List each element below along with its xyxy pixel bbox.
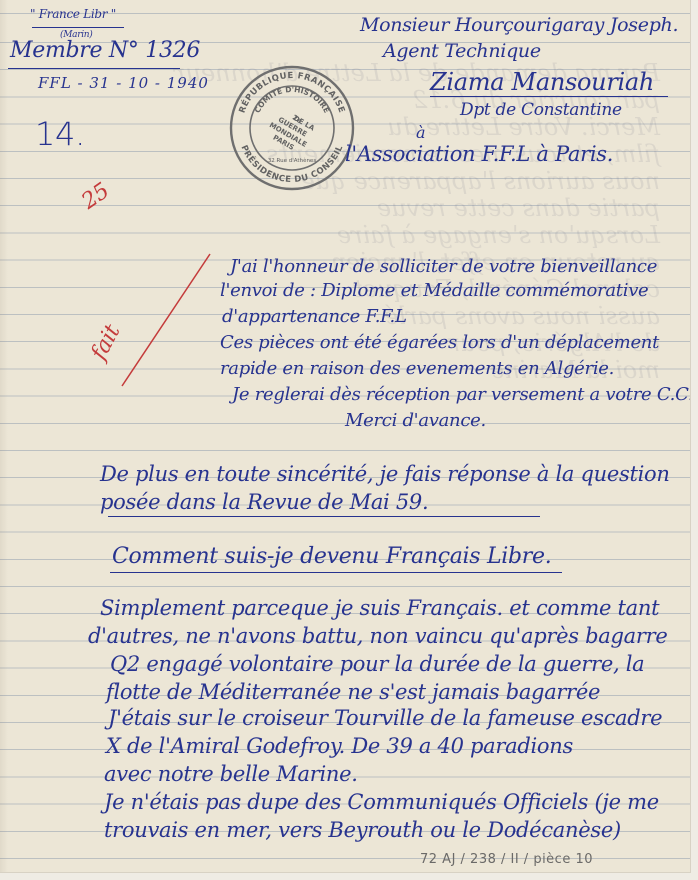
sender-title: Agent Technique	[383, 40, 541, 62]
body-line: avec notre belle Marine.	[104, 762, 358, 786]
body-line: Q2 engagé volontaire pour la durée de la…	[110, 652, 644, 676]
sender-location: Ziama Mansouriah	[430, 68, 668, 97]
body-line: d'appartenance F.F.L	[222, 306, 407, 327]
red-number-annotation: 25	[77, 178, 114, 214]
body-line: trouvais en mer, vers Beyrouth ou le Dod…	[104, 818, 621, 842]
body-line: flotte de Méditerranée ne s'est jamais b…	[106, 680, 600, 704]
body-line: Je n'étais pas dupe des Communiqués Offi…	[104, 790, 659, 814]
body-line: l'envoi de : Diplome et Médaille commémo…	[220, 280, 648, 301]
page-number: 14.	[35, 115, 85, 153]
letter-page: Par ma demande de la Lettre d'honneur pa…	[0, 0, 691, 873]
official-stamp: RÉPUBLIQUE FRANÇAISE PRÉSIDENCE DU CONSE…	[228, 64, 356, 192]
source-label: " France Libr "	[30, 7, 116, 21]
paragraph2-underline	[108, 516, 540, 517]
heading-underline	[110, 572, 562, 573]
body-line: Ces pièces ont été égarées lors d'un dép…	[220, 332, 659, 353]
sender-name: Monsieur Hourçourigaray Joseph.	[360, 14, 678, 36]
body-line: X de l'Amiral Godefroy. De 39 a 40 parad…	[106, 734, 573, 758]
body-line: De plus en toute sincérité, je fais répo…	[100, 462, 670, 486]
ffl-date: FFL - 31 - 10 - 1940	[38, 74, 209, 92]
body-line: J'ai l'honneur de solliciter de votre bi…	[230, 256, 657, 277]
section-heading: Comment suis-je devenu Français Libre.	[112, 544, 551, 569]
body-line: J'étais sur le croiseur Tourville de la …	[108, 706, 662, 730]
body-line: Simplement parceque je suis Français. et…	[100, 596, 659, 620]
body-line: d'autres, ne n'avons battu, non vaincu q…	[88, 624, 667, 648]
recipient: l'Association F.F.L à Paris.	[345, 142, 613, 166]
svg-text:32 Rue d'Athènes: 32 Rue d'Athènes	[268, 157, 317, 164]
sender-a: à	[416, 123, 425, 142]
member-underline	[8, 68, 180, 69]
red-check-stroke	[118, 252, 218, 392]
archive-reference: 72 AJ / 238 / II / pièce 10	[420, 852, 593, 867]
body-line: posée dans la Revue de Mai 59.	[100, 490, 428, 514]
member-number: Membre N° 1326	[10, 38, 200, 63]
body-line: rapide en raison des evenements en Algér…	[220, 358, 614, 379]
source-underline	[32, 27, 124, 28]
body-line: Je reglerai dès réception par versement …	[232, 384, 691, 405]
sender-department: Dpt de Constantine	[460, 100, 622, 120]
body-line: Merci d'avance.	[345, 410, 486, 431]
